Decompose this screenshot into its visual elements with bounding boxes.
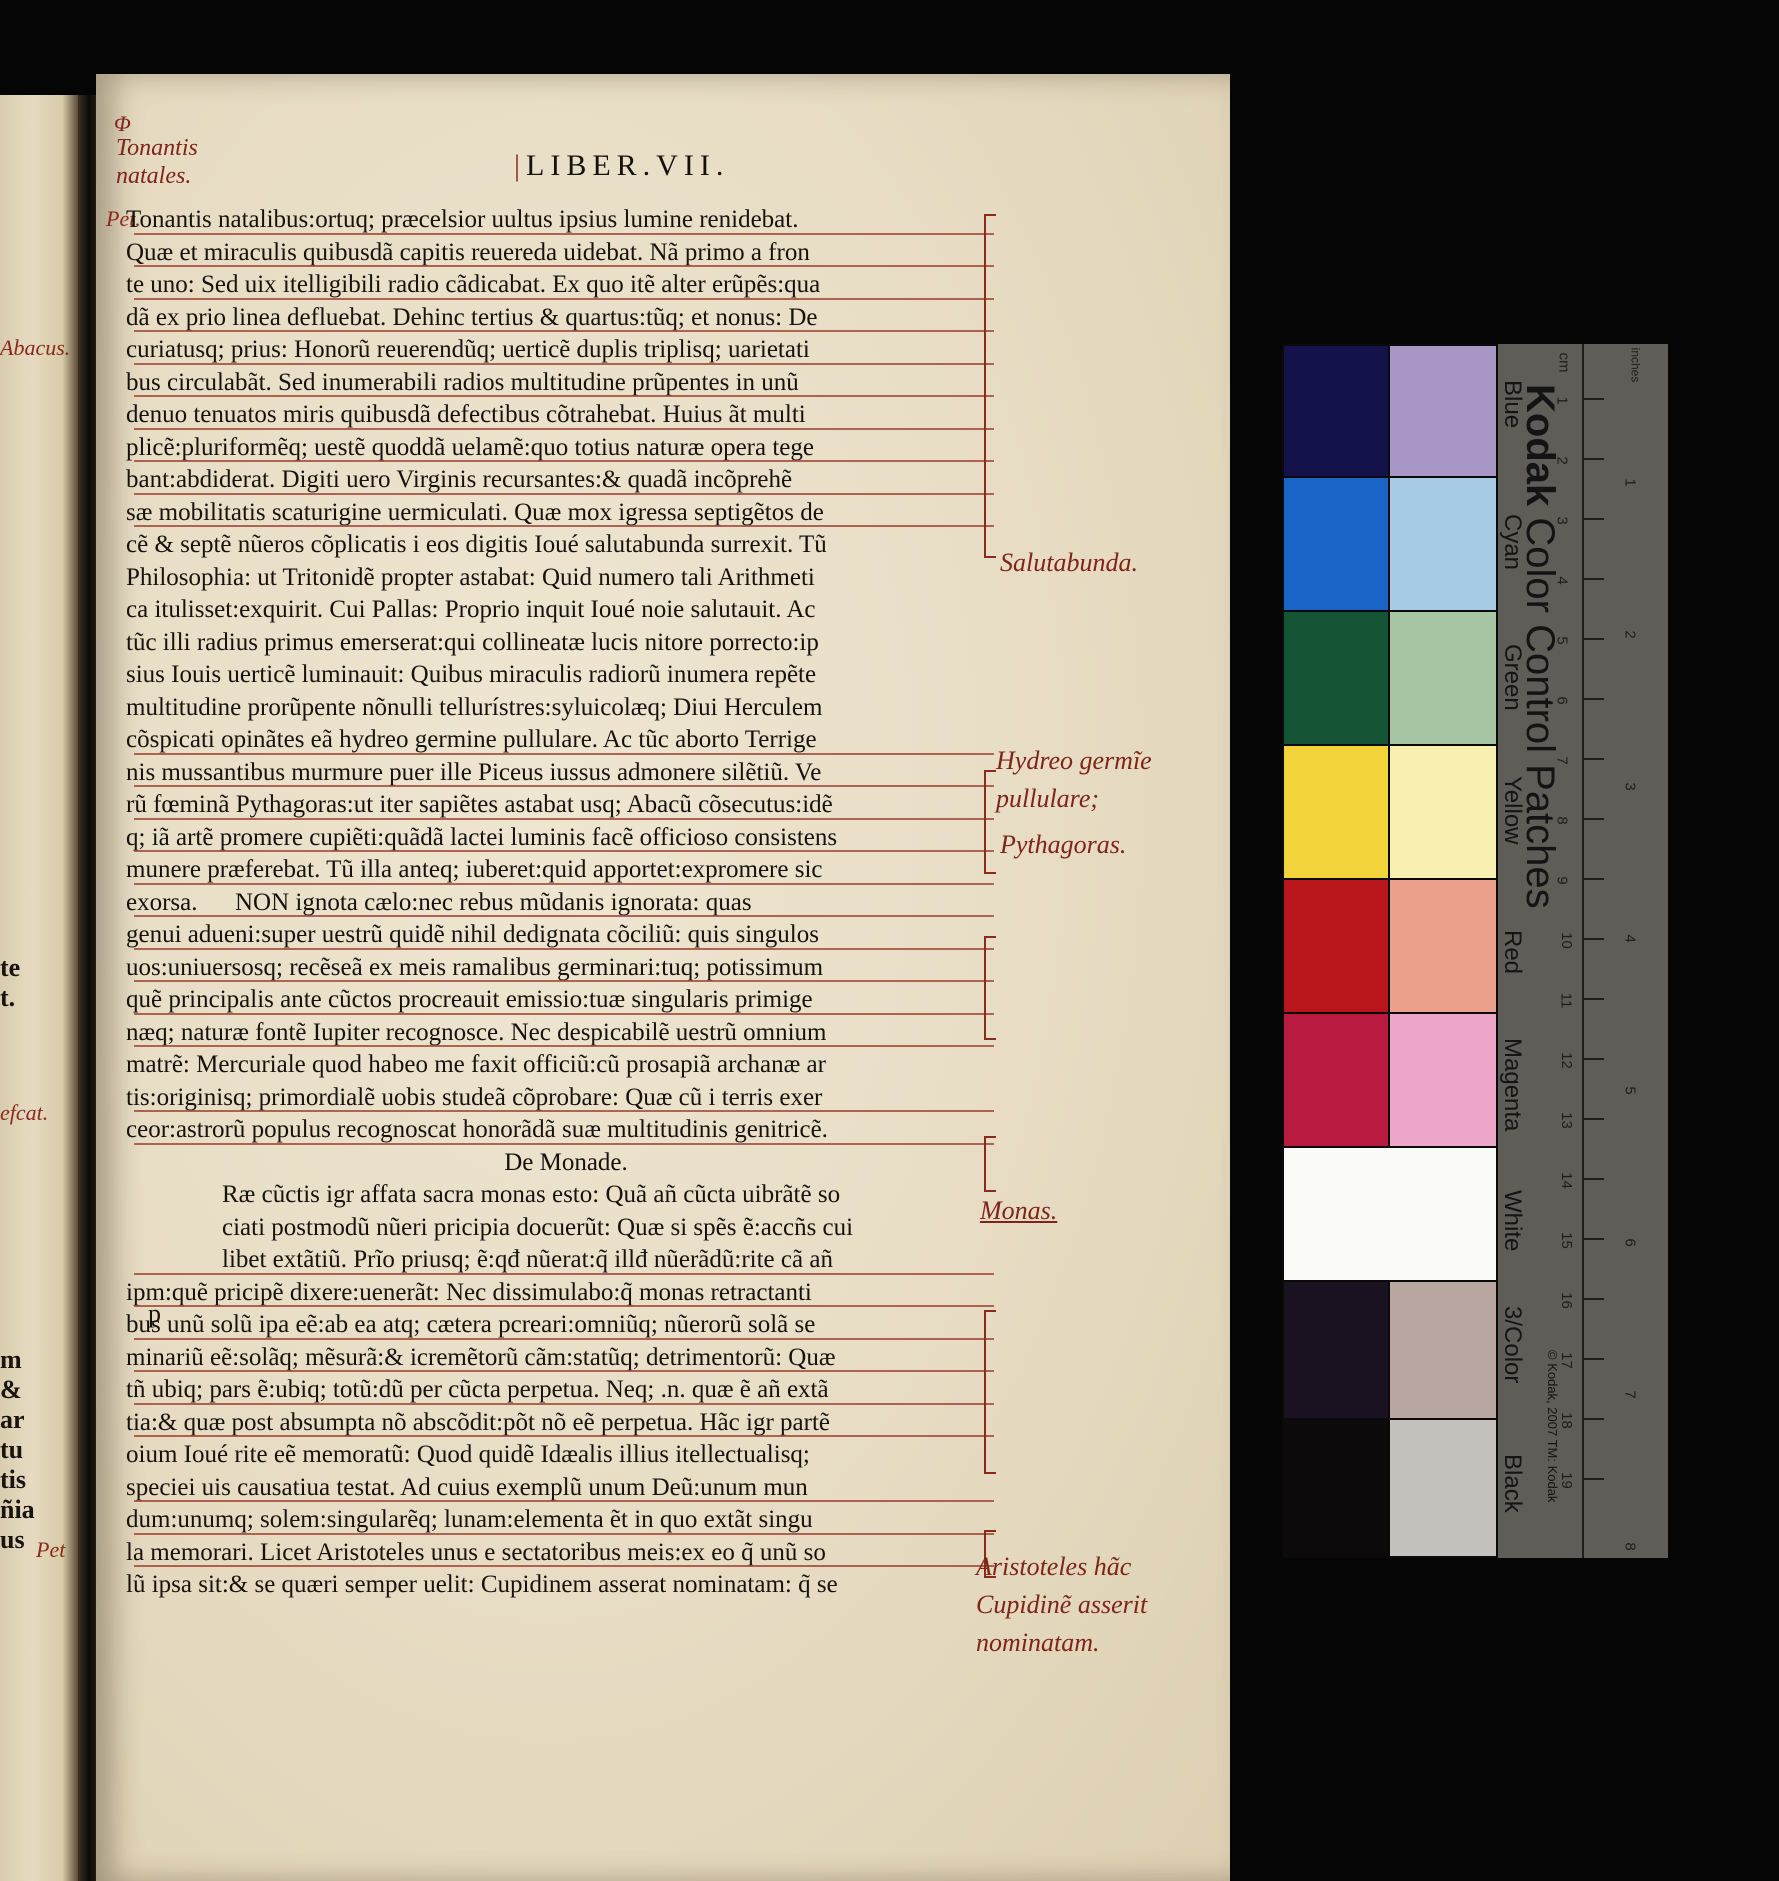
ruler-unit-cm: cm xyxy=(1556,353,1573,373)
text-line: ipm:quẽ pricipẽ dixere:uenerãt: Nec diss… xyxy=(126,1277,1006,1310)
text-line: te uno: Sed uix itelligibili radio cãdic… xyxy=(126,269,1006,302)
facing-text-fragment: m xyxy=(0,1345,22,1375)
text-line: næq; naturæ fontẽ Iupiter recognosce. Ne… xyxy=(126,1017,1006,1050)
ruler-unit-inches: inches xyxy=(1628,348,1642,383)
patch-label-yellow: Yellow xyxy=(1498,776,1526,845)
patch-yellow-dark xyxy=(1282,744,1390,880)
text-line: curiatusq; prius: Honorũ reuerendũq; uer… xyxy=(126,334,1006,367)
patch-yellow-light xyxy=(1388,744,1498,880)
text-line: quẽ principalis ante cũctos procreauit e… xyxy=(126,984,1006,1017)
patch-green-dark xyxy=(1282,610,1390,746)
text-line: lũ ipsa sit:& se quæri semper uelit: Cup… xyxy=(126,1569,1006,1602)
color-patches xyxy=(1282,344,1498,1558)
patch-blue-dark xyxy=(1282,344,1390,478)
facing-text-fragment: te xyxy=(0,953,20,983)
text-line: tñ ubiq; pars ẽ:ubiq; totũ:dũ per cũcta … xyxy=(126,1374,1006,1407)
text-line: libet extãtiũ. Prĩo priusq; ẽ:qđ nũerat:… xyxy=(126,1244,1006,1277)
margin-bracket xyxy=(984,1136,996,1192)
patch-label-green: Green xyxy=(1498,644,1526,711)
patch-label-magenta: Magenta xyxy=(1498,1038,1526,1131)
margin-note-salutabunda: Salutabunda. xyxy=(1000,544,1170,582)
patch-label-blue: Blue xyxy=(1498,380,1526,428)
text-line: Philosophia: ut Tritonidẽ propter astaba… xyxy=(126,562,1006,595)
text-line: Quæ et miraculis quibusdã capitis reuere… xyxy=(126,237,1006,270)
text-line: Ræ cũctis igr affata sacra monas esto: Q… xyxy=(126,1179,1006,1212)
patch-magenta-dark xyxy=(1282,1012,1390,1148)
text-line: ca itulisset:exquirit. Cui Pallas: Propr… xyxy=(126,594,1006,627)
text-line: bant:abdiderat. Digiti uero Virginis rec… xyxy=(126,464,1006,497)
text-line: dum:unumq; solem:singularẽq; lunam:eleme… xyxy=(126,1504,1006,1537)
facing-text-fragment: ñia xyxy=(0,1495,35,1525)
facing-text-fragment: ar xyxy=(0,1405,25,1435)
text-line: plicẽ:pluriformẽq; uestẽ quoddã uelamẽ:q… xyxy=(126,432,1006,465)
patch-white xyxy=(1282,1146,1498,1282)
rubric-mark-icon: | xyxy=(514,149,526,182)
text-line: q; iã artẽ promere cupiẽti:quãdã lactei … xyxy=(126,822,1006,855)
facing-text-fragment: & xyxy=(0,1375,22,1405)
text-line: bus circulabãt. Sed inumerabili radios m… xyxy=(126,367,1006,400)
patch-label-red: Red xyxy=(1498,930,1526,974)
patch-label-white: White xyxy=(1498,1190,1526,1251)
margin-note-monas: Monas. xyxy=(980,1192,1057,1230)
margin-bracket xyxy=(984,770,996,874)
text-line: tũc illi radius primus emerserat:qui col… xyxy=(126,627,1006,660)
facing-margin-note: efcat. xyxy=(0,1100,48,1126)
text-line: speciei uis causatiua testat. Ad cuius e… xyxy=(126,1472,1006,1505)
facing-page: Abacus. efcat. Pet te t. m & ar tu tis ñ… xyxy=(0,95,78,1881)
text-line: denuo tenuatos miris quibusdã defectibus… xyxy=(126,399,1006,432)
text-line: Tonantis natalibus:ortuq; præcelsior uul… xyxy=(126,204,1006,237)
patch-label-cyan: Cyan xyxy=(1498,514,1526,570)
book-page: Φ Tonantis natales. |LIBER.VII. Pet. Ton… xyxy=(96,74,1230,1881)
text-line: genui adueni:super uestrũ quidẽ nihil de… xyxy=(126,919,1006,952)
facing-text-fragment: tu xyxy=(0,1435,23,1465)
drop-letter: p xyxy=(148,1299,161,1329)
margin-bracket xyxy=(984,1310,996,1474)
facing-margin-note: Pet xyxy=(36,1537,65,1563)
patch-label-3color: 3/Color xyxy=(1498,1306,1526,1383)
text-line: bus unũ solũ ipa eẽ:ab ea atq; cætera pc… xyxy=(126,1309,1006,1342)
margin-note-aristoteles: Aristoteles hãc Cupidinẽ asserit nominat… xyxy=(976,1548,1196,1662)
text-line: ceor:astrorũ populus recognoscat honorãd… xyxy=(126,1114,1006,1147)
text-line: sæ mobilitatis scaturigine uermiculati. … xyxy=(126,497,1006,530)
patch-cyan-light xyxy=(1388,476,1498,612)
text-line: cẽ & septẽ nũeros cõplicatis i eos digit… xyxy=(126,529,1006,562)
patch-blue-light xyxy=(1388,344,1498,478)
patch-3color-dark xyxy=(1282,1280,1390,1420)
text-line: tia:& quæ post absumpta nõ abscõdit:põt … xyxy=(126,1407,1006,1440)
text-line: rũ fœminã Pythagoras:ut iter sapiẽtes as… xyxy=(126,789,1006,822)
measurement-ruler: cm inches 1 2 3 4 5 6 7 8 9 10 11 12 13 … xyxy=(1582,344,1670,1558)
text-line: dã ex prio linea defluebat. Dehinc terti… xyxy=(126,302,1006,335)
text-line: exorsa. NON ignota cælo:nec rebus mũdani… xyxy=(126,887,1006,920)
color-calibration-card: Kodak Color Control Patches Blue Cyan Gr… xyxy=(1282,344,1668,1558)
text-line: uos:uniuersosq; recẽseã ex meis ramalibu… xyxy=(126,952,1006,985)
margin-bracket xyxy=(984,214,996,558)
main-text: Tonantis natalibus:ortuq; præcelsior uul… xyxy=(126,204,1006,1602)
facing-text-fragment: t. xyxy=(0,983,15,1013)
text-line: munere præferebat. Tũ illa anteq; iubere… xyxy=(126,854,1006,887)
text-line: cõspicati opinãtes eã hydreo germine pul… xyxy=(126,724,1006,757)
text-line: oium Ioué rite eẽ memoratũ: Quod quidẽ I… xyxy=(126,1439,1006,1472)
patch-black-light xyxy=(1388,1418,1498,1558)
patch-red-dark xyxy=(1282,878,1390,1014)
text-line: tis:originisq; primordialẽ uobis studeã … xyxy=(126,1082,1006,1115)
text-line: la memorari. Licet Aristoteles unus e se… xyxy=(126,1537,1006,1570)
patch-magenta-light xyxy=(1388,1012,1498,1148)
text-line: multitudine prorũpente nõnulli telluríst… xyxy=(126,692,1006,725)
facing-text-fragment: tis xyxy=(0,1465,26,1495)
text-line: nis mussantibus murmure puer ille Piceus… xyxy=(126,757,1006,790)
patch-green-light xyxy=(1388,610,1498,746)
margin-note-tonantis: Tonantis natales. xyxy=(116,134,256,190)
margin-bracket xyxy=(984,936,996,1040)
text-line: sius Iouis uerticẽ luminauit: Quibus mir… xyxy=(126,659,1006,692)
patch-label-black: Black xyxy=(1498,1454,1526,1513)
text-line: ciati postmodũ nũeri pricipia docuerũt: … xyxy=(126,1212,1006,1245)
text-line: minariũ eẽ:solãq; mẽsurã:& icremẽtorũ cã… xyxy=(126,1342,1006,1375)
patch-red-light xyxy=(1388,878,1498,1014)
margin-note-pythagoras: Pythagoras. xyxy=(1000,826,1126,864)
patch-3color-light xyxy=(1388,1280,1498,1420)
patch-cyan-dark xyxy=(1282,476,1390,612)
patch-black-dark xyxy=(1282,1418,1390,1558)
text-line: matrẽ: Mercuriale quod habeo me faxit of… xyxy=(126,1049,1006,1082)
section-title: De Monade. xyxy=(126,1147,1006,1180)
margin-note-hydreo: Hydreo germĩe pullulare; xyxy=(996,742,1196,818)
facing-text-fragment: us xyxy=(0,1525,25,1555)
page-header: |LIBER.VII. xyxy=(514,149,729,183)
facing-margin-note: Abacus. xyxy=(0,335,70,361)
